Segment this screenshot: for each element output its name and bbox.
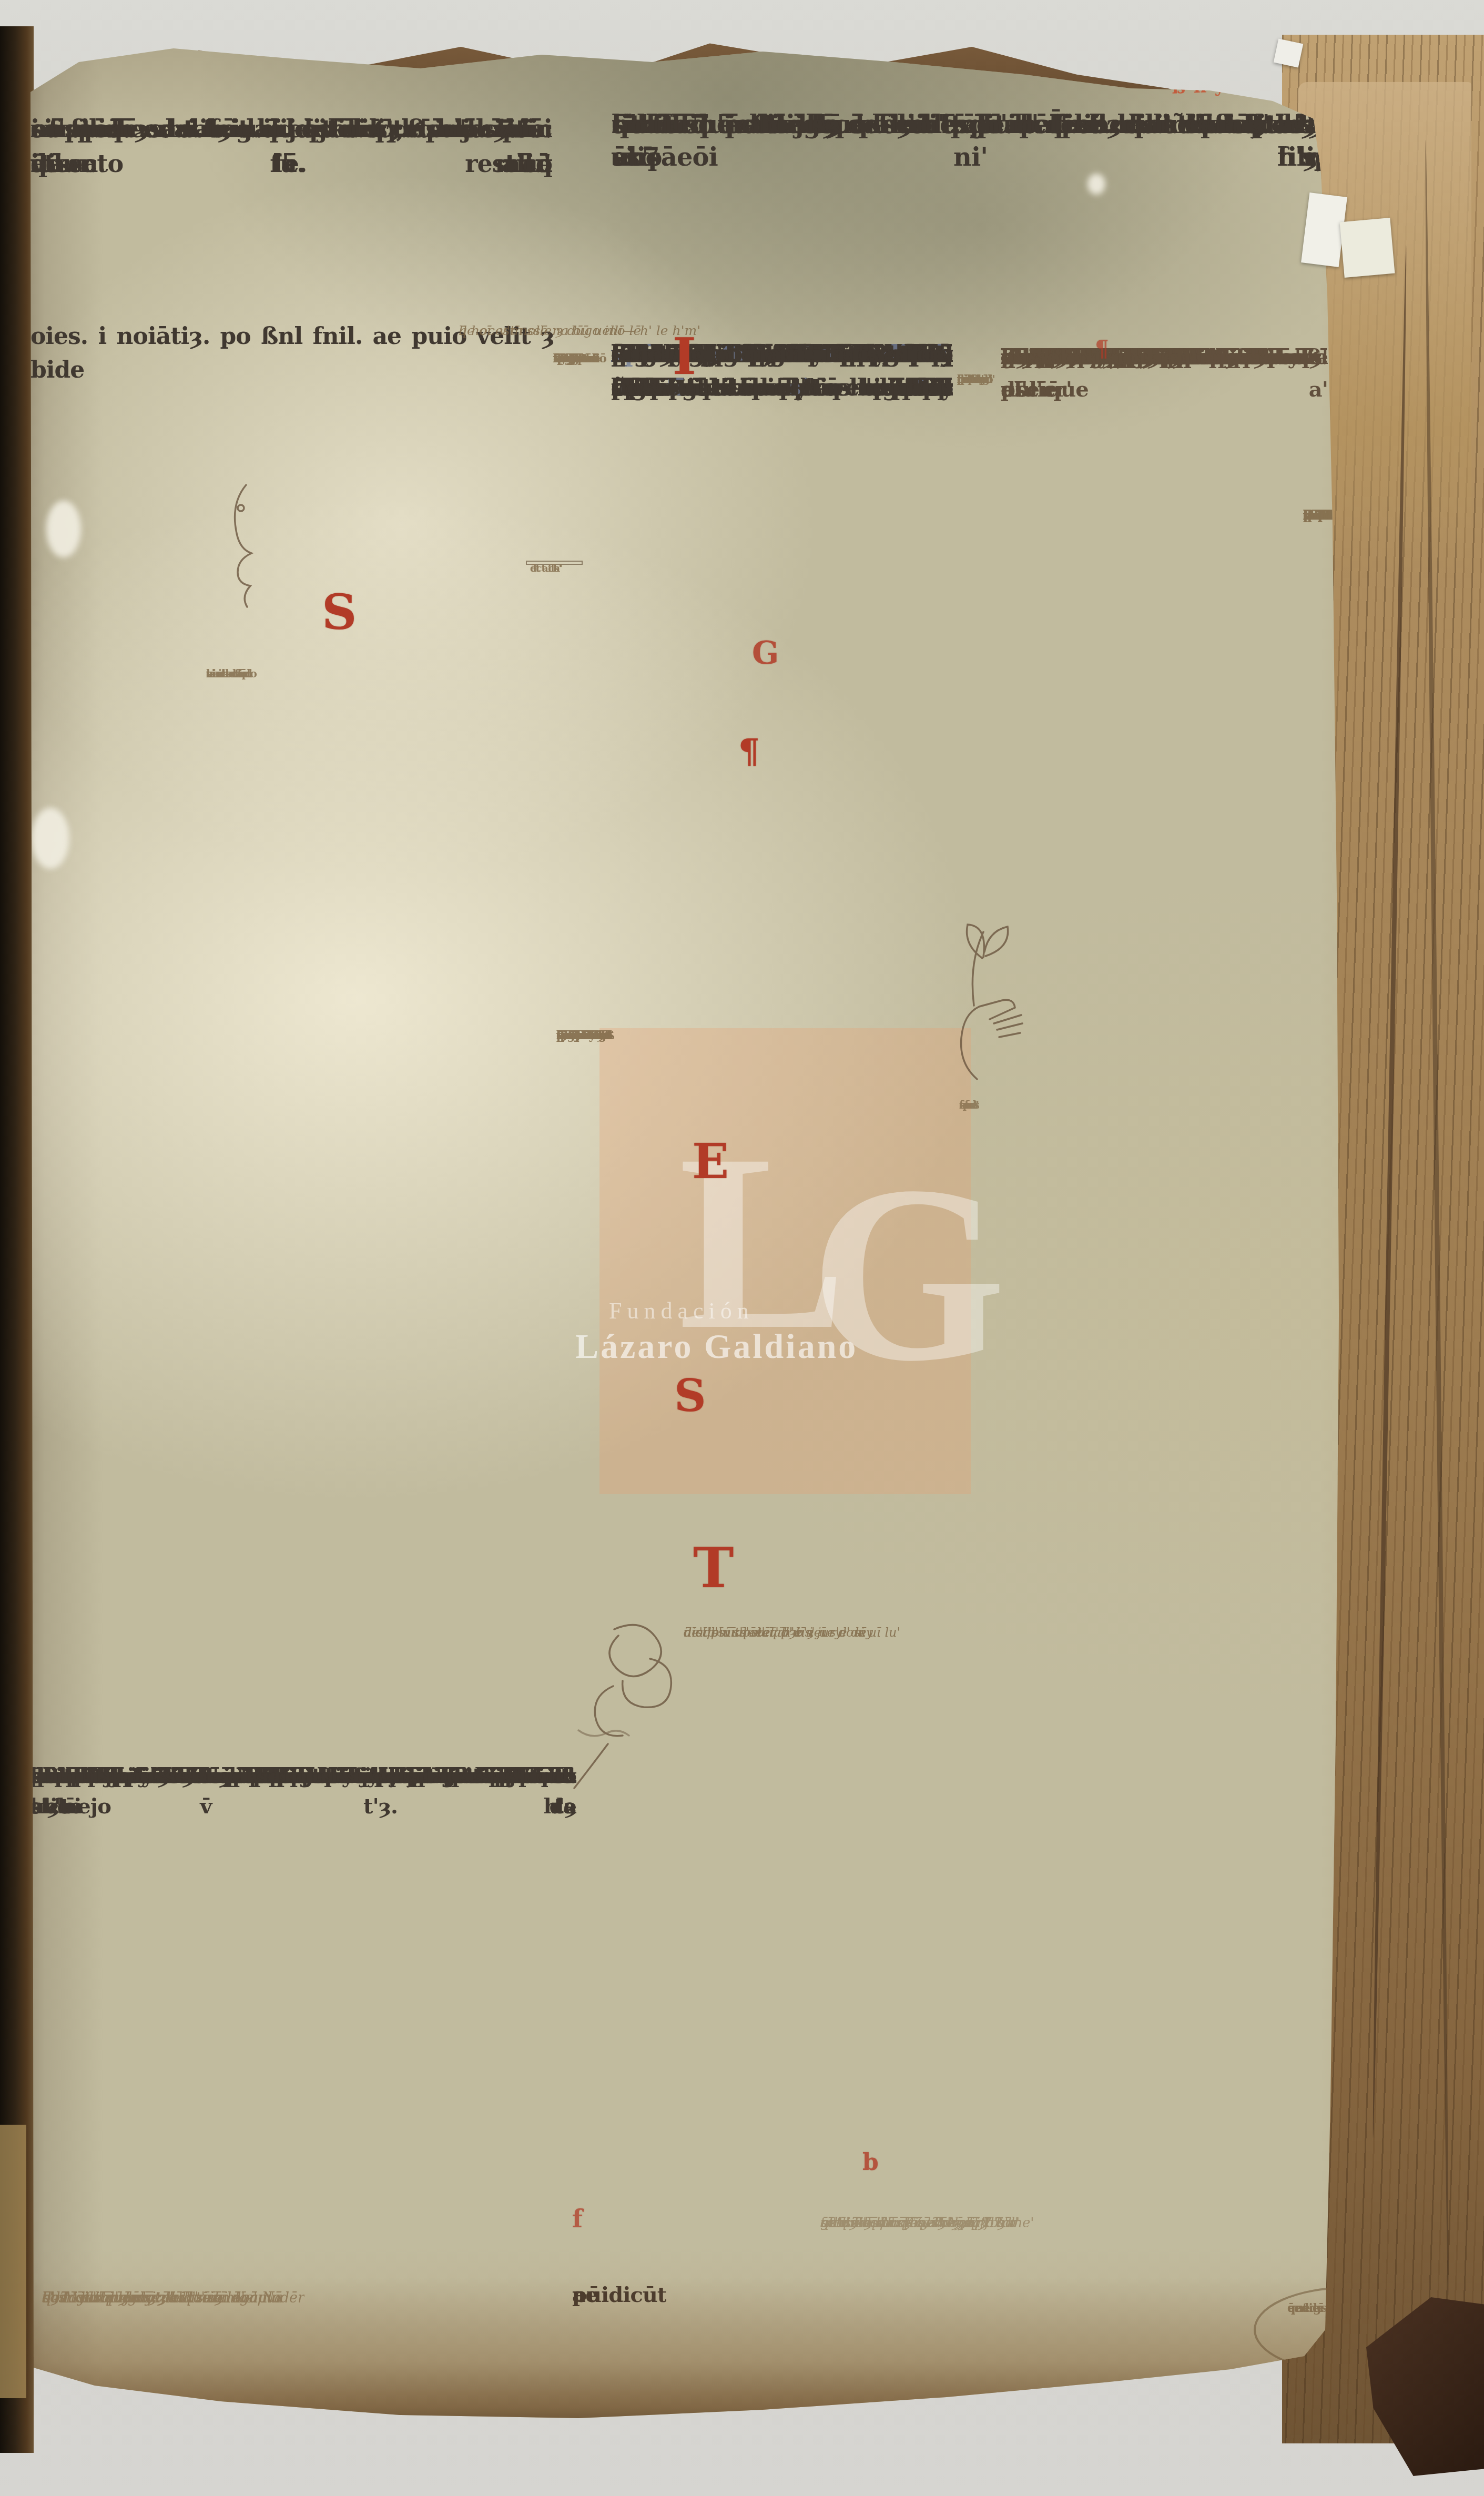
parchment-page: L G Fundación Lázaro Galdiano i fraudē e… <box>0 0 1484 2496</box>
plant-sprig-doodle <box>967 925 1008 1006</box>
pen-doodles-layer <box>0 0 1484 2496</box>
profile-face-eye <box>238 505 244 511</box>
manuscript-photo: L G Fundación Lázaro Galdiano i fraudē e… <box>0 0 1484 2496</box>
binding-gutter-lower <box>0 2125 26 2398</box>
profile-face-doodle <box>235 485 251 607</box>
knot-flourish-doodle <box>574 1625 671 1788</box>
bookmark-slip <box>1340 218 1395 278</box>
binding-gutter-edge <box>0 26 34 2453</box>
paper-chip <box>1274 39 1304 68</box>
manicule-drawing <box>961 1000 1022 1079</box>
ring-stain <box>184 2442 231 2489</box>
